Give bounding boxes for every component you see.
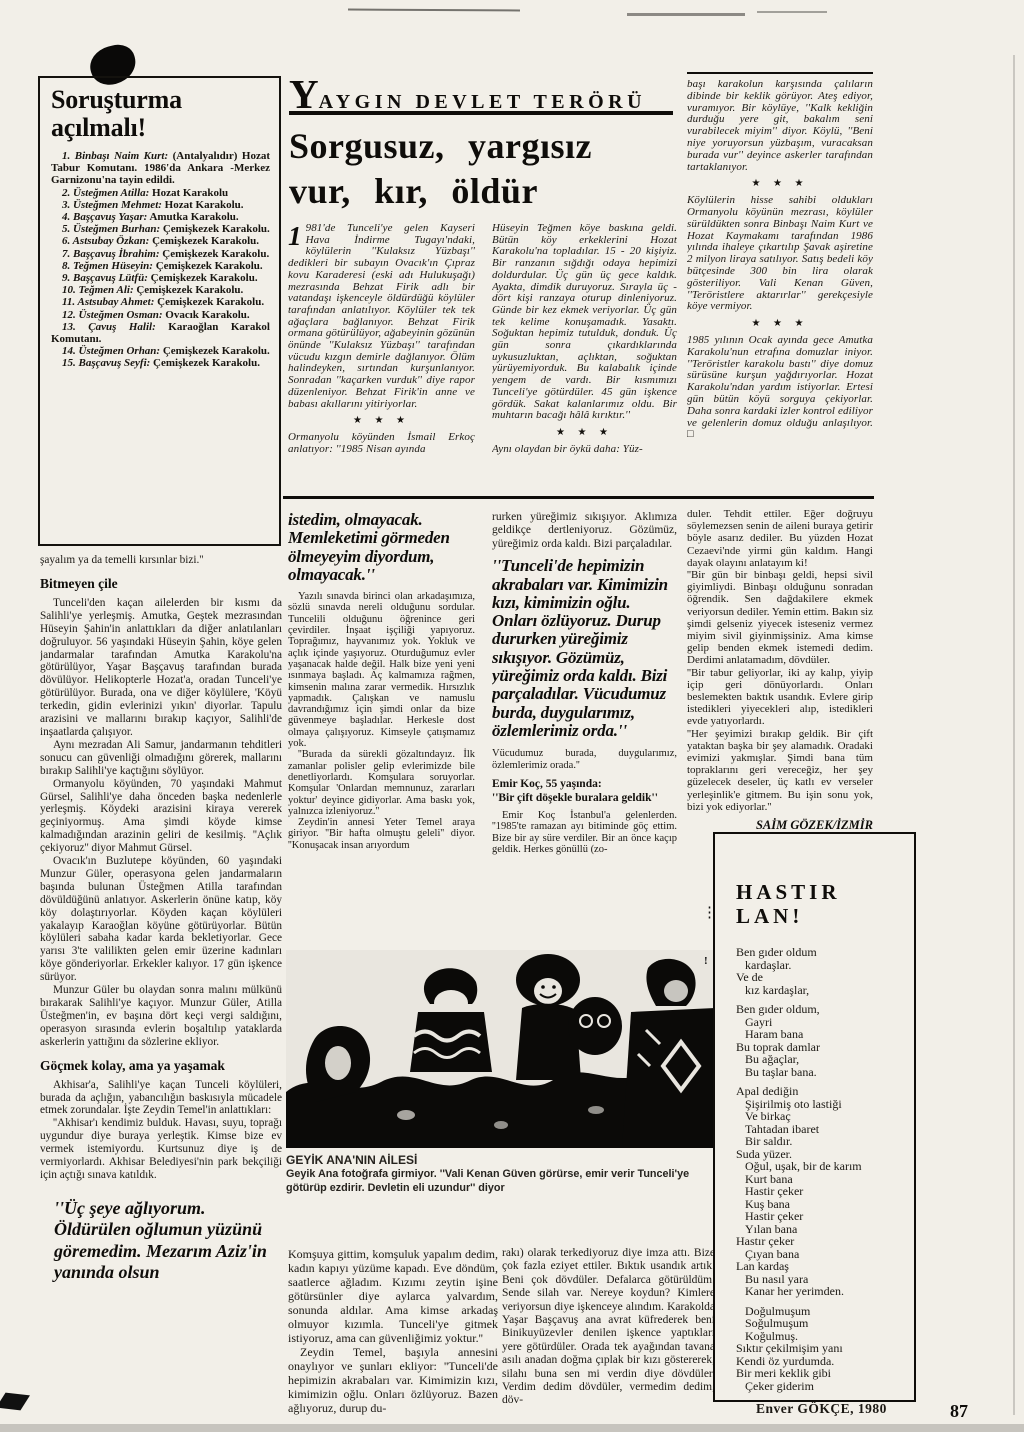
- body-paragraph: Aynı mezradan Ali Samur, jandarmanın teh…: [40, 739, 282, 778]
- officer-name: 3. Üsteğmen Mehmet:: [62, 199, 162, 211]
- scan-corner-mark: [0, 1393, 30, 1411]
- body-paragraph: Emir Koç İstanbul'a gelenlerden. ''1985'…: [492, 810, 677, 855]
- scan-artifact-line: [627, 13, 745, 16]
- poem-box-top-rule: [713, 832, 916, 834]
- body-paragraph: Vücudumuz burada, duygularımız, özlemler…: [492, 748, 677, 771]
- officer-post: Hozat Karakolu: [152, 187, 228, 199]
- family-photo-illustration: [286, 950, 715, 1148]
- body-paragraph: Tunceli'den kaçan ailelerden bir kısmı d…: [40, 597, 282, 739]
- photo-caption-text: Geyik Ana fotoğrafa girmiyor. ''Vali Ken…: [286, 1168, 712, 1195]
- roundup-list-item: 5. Üsteğmen Burhan: Çemişkezek Karakolu.: [51, 223, 270, 235]
- roundup-list-item: 13. Çavuş Halil: Karaoğlan Karakol Komut…: [51, 321, 270, 345]
- body-paragraph: Komşuya gittim, komşuluk yapalım dedim, …: [288, 1247, 498, 1345]
- officer-post: Çemişkezek Karakolu.: [163, 345, 270, 357]
- magazine-page: Soruşturma açılmalı! 1. Binbaşı Naim Kur…: [0, 0, 1024, 1432]
- bottom-column-2: rakı) olarak terkediyoruz diye imza attı…: [502, 1247, 715, 1431]
- roundup-list-item: 10. Teğmen Ali: Çemişkezek Karakolu.: [51, 284, 270, 296]
- body-paragraph: Hüseyin Teğmen köye baskına geldi. Bütün…: [492, 223, 677, 422]
- photo-caption: GEYİK ANA'NIN AİLESİ Geyik Ana fotoğrafa…: [286, 1153, 712, 1195]
- officer-name: 14. Üsteğmen Orhan:: [62, 345, 160, 357]
- roundup-list-item: 11. Astsubay Ahmet: Çemişkezek Karakolu.: [51, 296, 270, 308]
- scan-exclaim-mark: !: [704, 956, 708, 967]
- officer-post: Çemişkezek Karakolu.: [153, 357, 260, 369]
- roundup-list-item: 2. Üsteğmen Atilla: Hozat Karakolu: [51, 187, 270, 199]
- officer-post: Çemişkezek Karakolu.: [162, 248, 269, 260]
- officer-name: 13. Çavuş Halil:: [62, 321, 156, 333]
- article-headline: Sorgusuz, yargısız vur, kır, öldür: [289, 124, 592, 214]
- roundup-box: Soruşturma açılmalı! 1. Binbaşı Naim Kur…: [38, 76, 281, 546]
- star-divider: ★ ★ ★: [687, 178, 873, 190]
- body-paragraph: Köylülerin hisse sahibi oldukları Ormany…: [687, 195, 873, 313]
- section-divider: [283, 496, 874, 499]
- body-paragraph: Zeydin'in annesi Yeter Temel araya giriy…: [288, 817, 475, 851]
- article-column-3: başı karakolun karşısında çalıların dibi…: [687, 79, 873, 497]
- body-paragraph: Munzur Güler bu olaydan sonra malını mül…: [40, 984, 282, 1049]
- scan-artifact-line: [348, 9, 520, 12]
- photo-caption-title: GEYİK ANA'NIN AİLESİ: [286, 1153, 712, 1168]
- roundup-list-item: 14. Üsteğmen Orhan: Çemişkezek Karakolu.: [51, 345, 270, 357]
- officer-name: 12. Üsteğmen Osman:: [62, 309, 163, 321]
- star-divider: ★ ★ ★: [288, 415, 475, 427]
- officer-post: Çemişkezek Karakolu.: [136, 284, 243, 296]
- body-paragraph: Ormanyolu köyünden İsmail Erkoç anlatıyo…: [288, 432, 475, 455]
- speaker-quote: ''Bir çift döşekle buralara geldik'': [492, 792, 677, 806]
- officer-post: Ovacık Karakolu.: [165, 309, 249, 321]
- officer-post: Çemişkezek Karakolu.: [157, 296, 264, 308]
- body-paragraph: şayalım ya da temelli kırsınlar bizi.'': [40, 554, 282, 567]
- roundup-list-item: 7. Başçavuş İbrahim: Çemişkezek Karakolu…: [51, 248, 270, 260]
- poem-stanza: Apal dediğin Şişirilmiş oto lastiği Ve b…: [736, 1085, 910, 1298]
- star-divider: ★ ★ ★: [687, 318, 873, 330]
- officer-name: 6. Astsubay Özkan:: [62, 235, 149, 247]
- body-paragraph: rurken yüreğimiz sıkışıyor. Aklımıza gel…: [492, 511, 677, 551]
- officer-name: 7. Başçavuş İbrahim:: [62, 248, 160, 260]
- body-paragraph: ''Burada da sürekli gözaltındayız. İlk z…: [288, 749, 475, 817]
- body-paragraph: ''Bir gün bir binbaşı geldi, hepsi sivil…: [687, 569, 873, 667]
- body-paragraph: 1981'de Tunceli'ye gelen Kayseri Hava İn…: [288, 223, 475, 410]
- column-top-rule: [687, 72, 873, 74]
- testimony-column-1: istedim, olmayacak. Memleketimi görmeden…: [288, 511, 475, 949]
- poem-stanza: Doğulmuşum Soğulmuşum Koğulmuş. Sıktır ç…: [736, 1305, 910, 1393]
- officer-name: 15. Başçavuş Seyfi:: [62, 357, 150, 369]
- roundup-list-item: 9. Başçavuş Lütfü: Çemişkezek Karakolu.: [51, 272, 270, 284]
- testimony-column-3: duler. Tehdit ettiler. Eğer doğruyu söyl…: [687, 508, 873, 833]
- officer-name: 5. Üsteğmen Burhan:: [62, 223, 160, 235]
- body-paragraph: Aynı olaydan bir öykü daha: Yüz-: [492, 444, 677, 456]
- bottom-column-1: Komşuya gittim, komşuluk yapalım dedim, …: [288, 1247, 498, 1431]
- officer-post: Hozat Karakolu.: [165, 199, 244, 211]
- poem-signature: Enver GÖKÇE, 1980: [756, 1401, 910, 1417]
- body-paragraph: rakı) olarak terkediyoruz diye imza attı…: [502, 1247, 715, 1408]
- officer-post: Amutka Karakolu.: [149, 211, 238, 223]
- article-column-1: 1981'de Tunceli'ye gelen Kayseri Hava İn…: [288, 223, 475, 495]
- officer-name: 10. Teğmen Ali:: [62, 284, 134, 296]
- officer-name: 2. Üsteğmen Atilla:: [62, 187, 149, 199]
- pull-quote: ''Tunceli'de hepimizin akrabaları var. K…: [492, 557, 677, 740]
- roundup-list-item: 15. Başçavuş Seyfi: Çemişkezek Karakolu.: [51, 357, 270, 369]
- left-column: şayalım ya da temelli kırsınlar bizi.'' …: [40, 554, 282, 1429]
- officer-name: 11. Astsubay Ahmet:: [62, 296, 154, 308]
- officer-name: 9. Başçavuş Lütfü:: [62, 272, 148, 284]
- headline-line: vur, kır, öldür: [289, 169, 592, 214]
- officer-post: Çemişkezek Karakolu.: [156, 260, 263, 272]
- body-paragraph: başı karakolun karşısında çalıların dibi…: [687, 79, 873, 173]
- officer-name: 4. Başçavuş Yaşar:: [62, 211, 147, 223]
- poem-box-right-rule: [914, 832, 916, 1402]
- officer-post: Çemişkezek Karakolu.: [163, 223, 270, 235]
- body-paragraph: ''Her şeyimizi bırakıp geldik. Bir çift …: [687, 728, 873, 813]
- testimony-column-2: rurken yüreğimiz sıkışıyor. Aklımıza gel…: [492, 511, 677, 949]
- page-edge-line: [1013, 55, 1015, 1415]
- poem-title: HASTIR LAN!: [736, 880, 910, 928]
- scan-dots-mark: ⋮: [702, 906, 717, 921]
- body-paragraph: Zeydin Temel, başıyla annesini onaylıyor…: [288, 1345, 498, 1415]
- body-paragraph: ''Akhisar'ı kendimiz bulduk. Havası, suy…: [40, 1117, 282, 1182]
- star-divider: ★ ★ ★: [492, 427, 677, 439]
- kicker-underline: [289, 111, 673, 115]
- officer-name: 8. Teğmen Hüseyin:: [62, 260, 153, 272]
- body-paragraph: ''Bir tabur geliyorlar, iki ay kalıp, yi…: [687, 667, 873, 728]
- roundup-list-item: 6. Astsubay Özkan: Çemişkezek Karakolu.: [51, 235, 270, 247]
- officer-post: Çemişkezek Karakolu.: [152, 235, 259, 247]
- poem-box: HASTIR LAN! Ben gıder oldum kardaşlar. V…: [736, 880, 910, 1417]
- section-heading: Bitmeyen çile: [40, 576, 282, 592]
- pull-quote: istedim, olmayacak. Memleketimi görmeden…: [288, 511, 475, 584]
- roundup-list-item: 12. Üsteğmen Osman: Ovacık Karakolu.: [51, 309, 270, 321]
- scan-artifact-line: [757, 11, 827, 13]
- roundup-box-title: Soruşturma açılmalı!: [51, 86, 270, 142]
- roundup-list-item: 1. Binbaşı Naim Kurt: (Antalyalıdır) Hoz…: [51, 150, 270, 187]
- article-column-2: Hüseyin Teğmen köye baskına geldi. Bütün…: [492, 223, 677, 495]
- headline-line: Sorgusuz, yargısız: [289, 124, 592, 169]
- body-paragraph: 1985 yılının Ocak ayında gece Amutka Kar…: [687, 335, 873, 441]
- roundup-list-item: 8. Teğmen Hüseyin: Çemişkezek Karakolu.: [51, 260, 270, 272]
- roundup-list-item: 3. Üsteğmen Mehmet: Hozat Karakolu.: [51, 199, 270, 211]
- drop-cap: 1: [288, 223, 306, 247]
- officer-name: 1. Binbaşı Naim Kurt:: [62, 150, 168, 162]
- page-number: 87: [950, 1401, 968, 1421]
- kicker-text: AYGIN DEVLET TERÖRÜ: [319, 91, 646, 113]
- body-paragraph: duler. Tehdit ettiler. Eğer doğruyu söyl…: [687, 508, 873, 569]
- body-paragraph: Akhisar'a, Salihli'ye kaçan Tunceli köyl…: [40, 1079, 282, 1118]
- poem-stanza: Ben gıder oldum kardaşlar. Ve de kız kar…: [736, 946, 910, 996]
- roundup-list-item: 4. Başçavuş Yaşar: Amutka Karakolu.: [51, 211, 270, 223]
- body-paragraph: Yazılı sınavda birinci olan arkadaşımıza…: [288, 591, 475, 749]
- speaker-name: Emir Koç, 55 yaşında:: [492, 778, 677, 792]
- family-photo: [286, 950, 715, 1148]
- pull-quote: ''Üç şeye ağlıyorum. Öldürülen oğlumun y…: [40, 1198, 282, 1284]
- officer-post: Çemişkezek Karakolu.: [151, 272, 258, 284]
- body-paragraph: Ovacık'ın Buzlutepe köyünden, 60 yaşında…: [40, 855, 282, 984]
- section-heading: Göçmek kolay, ama ya yaşamak: [40, 1058, 282, 1074]
- body-paragraph: Ormanyolu köyünden, 70 yaşındaki Mahmut …: [40, 778, 282, 855]
- article-byline: SAİM GÖZEK/İZMİR: [687, 818, 873, 833]
- poem-stanza: Ben gıder oldum, Gayri Haram bana Bu top…: [736, 1003, 910, 1078]
